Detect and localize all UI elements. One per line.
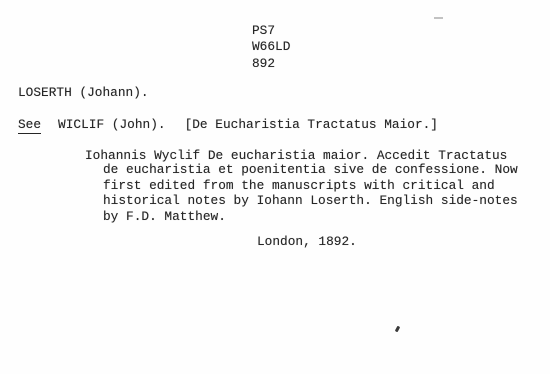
see-reference-line: SeeWICLIF (John).[De Eucharistia Tractat… — [18, 117, 438, 134]
catalog-card: PS7W66LD892 LOSERTH (Johann). SeeWICLIF … — [0, 0, 550, 374]
description-line: de eucharistia et poenitentia sive de co… — [103, 162, 518, 178]
call-number-line: PS7 — [252, 23, 290, 39]
call-number-line: 892 — [252, 56, 290, 72]
imprint-line: London, 1892. — [257, 234, 357, 250]
call-number-block: PS7W66LD892 — [252, 23, 290, 72]
see-label: See — [18, 117, 41, 134]
faint-dash-mark — [434, 17, 443, 19]
see-reference-target: WICLIF (John). — [58, 117, 166, 133]
description-line: by F.D. Matthew. — [103, 209, 226, 225]
ink-speck-mark — [395, 326, 400, 333]
description-line: historical notes by Iohann Loserth. Engl… — [103, 193, 518, 209]
author-heading: LOSERTH (Johann). — [18, 85, 149, 101]
description-line: first edited from the manuscripts with c… — [103, 178, 495, 194]
call-number-line: W66LD — [252, 39, 290, 55]
see-reference-work-title: [De Eucharistia Tractatus Maior.] — [185, 117, 438, 133]
